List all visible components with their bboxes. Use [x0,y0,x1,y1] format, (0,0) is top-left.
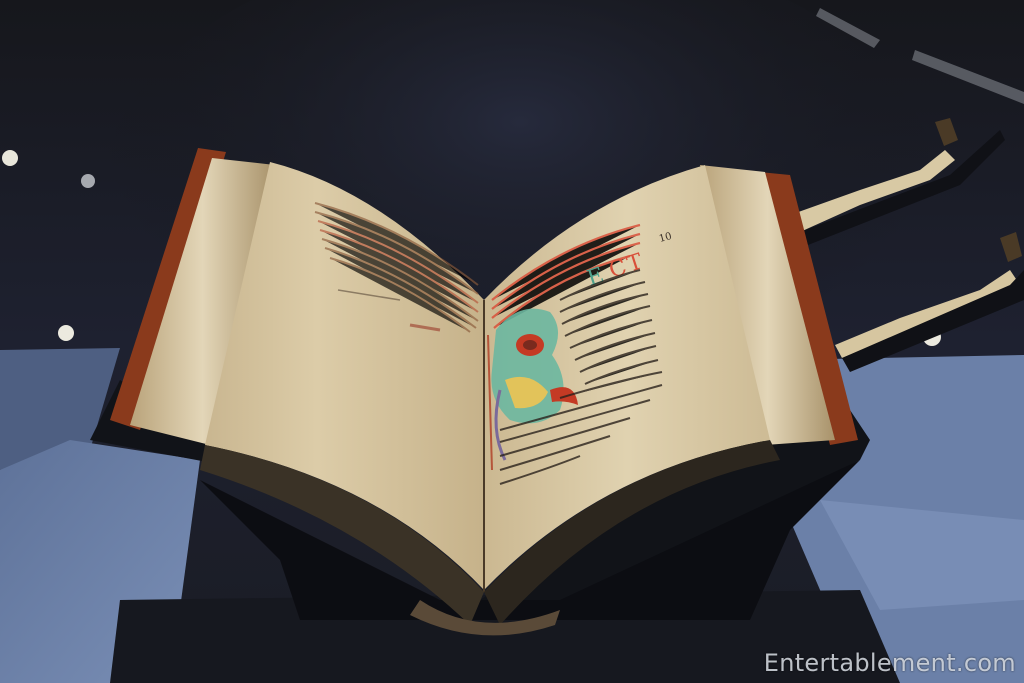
ceiling-spotlight [2,150,18,166]
watermark: Entertablement.com [764,649,1016,677]
ceiling-spotlight [58,325,74,341]
museum-display-photo: E C T [0,0,1024,683]
manuscript-photo-illustration: E C T [0,0,1024,683]
ceiling-spotlight [81,174,95,188]
